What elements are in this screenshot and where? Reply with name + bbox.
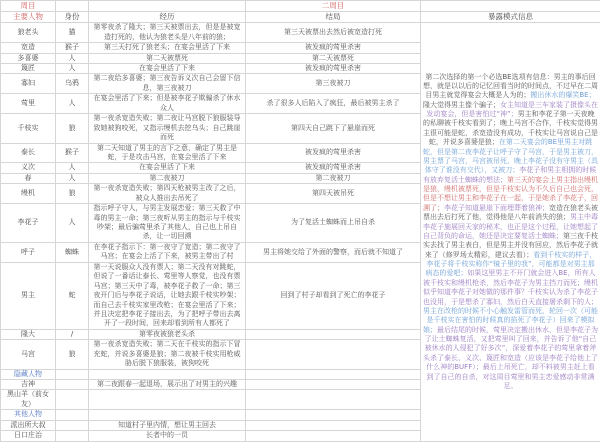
outcome-cell[interactable]: 被发疯的莺里杀害	[246, 64, 421, 74]
outcome-cell[interactable]: 第二夜被刀	[246, 173, 421, 183]
experience-cell[interactable]: 第三天打死了狼老头；在宴会里活了下来	[89, 43, 246, 53]
character-name-cell[interactable]: 泰长	[1, 143, 56, 163]
outcome-cell[interactable]: 第四天被吊死	[246, 184, 421, 204]
section-label-cell[interactable]: 其他人物	[1, 410, 56, 420]
playthrough-table: 周目 二周目 主要人物 身份 经历 结局 暴露模式信息 狼老头猫第零夜杀了隆大；…	[0, 0, 600, 442]
outcome-cell[interactable]: 回到了村子却看到了死亡的李花子	[246, 262, 421, 329]
identity-cell[interactable]	[56, 369, 89, 379]
col-header-experience[interactable]: 经历	[89, 12, 246, 23]
outcome-cell[interactable]: 被发疯的莺里杀害	[246, 163, 421, 173]
identity-cell[interactable]: 狼	[56, 184, 89, 204]
experience-cell[interactable]: 第零夜杀了隆大；第三天被票出去，但是是被宽造打死的，他认为狼老头是八年前的狼；	[89, 23, 246, 43]
character-name-cell[interactable]: 篾匠	[1, 64, 56, 74]
identity-cell[interactable]: 猫	[56, 23, 89, 43]
section-label-cell[interactable]: 隐藏人物	[1, 369, 56, 379]
character-name-cell[interactable]: 李花子	[1, 204, 56, 243]
identity-cell[interactable]	[56, 420, 89, 430]
character-name-cell[interactable]: 黑山羊（前女友）	[1, 390, 56, 410]
col-header-identity[interactable]: 身份	[56, 12, 89, 23]
character-name-cell[interactable]: 狼老头	[1, 23, 56, 43]
col-header-reveal[interactable]: 暴露模式信息	[421, 12, 600, 23]
character-name-cell[interactable]: 寡妇	[1, 74, 56, 94]
character-name-cell[interactable]: 千枝实	[1, 114, 56, 143]
outcome-cell[interactable]: 被发疯的莺里杀害	[246, 43, 421, 53]
character-name-cell[interactable]: 日口庄治	[1, 431, 56, 441]
experience-cell[interactable]: 在宴会里活了下来	[89, 163, 246, 173]
identity-cell[interactable]	[56, 390, 89, 410]
identity-cell[interactable]	[56, 431, 89, 441]
outcome-cell[interactable]	[246, 390, 421, 410]
header-row-rounds: 周目 二周目	[1, 1, 600, 12]
outcome-cell[interactable]: 男主将她交给了外面的警察，而后就不知道了	[246, 242, 421, 262]
identity-cell[interactable]: 猴子	[56, 143, 89, 163]
identity-cell[interactable]: 狼	[56, 340, 89, 369]
reveal-text-segment: 李花子知道悬崖下面埋葬着狼神；	[444, 204, 549, 212]
identity-cell[interactable]: 蛇	[56, 262, 89, 329]
outcome-cell[interactable]	[246, 369, 421, 379]
experience-cell[interactable]: 第一夜杀宽造失败；第四天枪被男主改了之后，被众人推出去吊死了	[89, 184, 246, 204]
identity-cell[interactable]: 人	[56, 173, 89, 183]
identity-cell[interactable]: 狼	[56, 114, 89, 143]
outcome-cell[interactable]	[246, 340, 421, 369]
identity-cell[interactable]: 人	[56, 64, 89, 74]
col-header-outcome[interactable]: 结局	[246, 12, 421, 23]
experience-cell[interactable]: 第二天被票死	[89, 53, 246, 63]
outcome-cell[interactable]: 杀了很多人后陷入了疯狂，最后被男主杀了	[246, 94, 421, 114]
empty-header-cell[interactable]	[56, 1, 89, 12]
character-name-cell[interactable]: 多喜婆	[1, 53, 56, 63]
outcome-cell[interactable]	[246, 380, 421, 390]
experience-cell[interactable]: 第一夜杀宽造失败；第二夜让马宫脱下狼服装导致她被狗咬死，又指示缦机去挖乌头；自己…	[89, 114, 246, 143]
experience-cell[interactable]: 在宴会里活了下来；但是被李花子欺骗杀了休水众人	[89, 94, 246, 114]
empty-header-cell[interactable]	[89, 1, 246, 12]
identity-cell[interactable]	[56, 410, 89, 420]
outcome-cell[interactable]: 第四天自己跳下了悬崖而死	[246, 114, 421, 143]
header-row-columns: 主要人物 身份 经历 结局 暴露模式信息	[1, 12, 600, 23]
outcome-cell[interactable]: 被发疯的莺里杀害	[246, 143, 421, 163]
identity-cell[interactable]	[56, 380, 89, 390]
identity-cell[interactable]: 猴子	[56, 43, 89, 53]
experience-cell[interactable]: 指示呼子守人，与男主发展恋爱；第三天救了中毒的男主一命；第三夜听从男主的指示与千…	[89, 204, 246, 243]
outcome-cell[interactable]	[246, 420, 421, 430]
experience-cell[interactable]	[89, 369, 246, 379]
outcome-cell[interactable]	[246, 431, 421, 441]
reveal-text-segment: 最后结尾的时候，莺里决定搬出休水，但是李花子为了让土蜘蛛复活，又把莺里叫了回来，…	[423, 326, 598, 390]
experience-cell[interactable]: 第二天知道了男主的言下之意，确定了男主是蛇，于是攻击马宫，在宴会里活了下来	[89, 143, 246, 163]
character-name-cell[interactable]: 义次	[1, 163, 56, 173]
reveal-text-segment: 隆大觉得男主像个骗子；	[423, 101, 500, 109]
identity-cell[interactable]: 人	[56, 94, 89, 114]
experience-cell[interactable]	[89, 390, 246, 410]
round-left-header[interactable]: 周目	[1, 1, 56, 12]
experience-cell[interactable]: 第零夜被狼老头杀	[89, 329, 246, 339]
reveal-text-segment: 搬出休水的爆笑BE；	[530, 91, 595, 99]
experience-cell[interactable]: 知道村子里内情，想让男主回去	[89, 420, 246, 430]
outcome-cell[interactable]	[246, 329, 421, 339]
experience-cell[interactable]: 第一夜杀宽造失败；第二天在千枝实的指示下冒充蛇，并说多喜婆是狼；第二夜被千枝实用…	[89, 340, 246, 369]
experience-cell[interactable]	[89, 410, 246, 420]
character-name-cell[interactable]: 马宫	[1, 340, 56, 369]
empty-header-cell[interactable]	[421, 1, 600, 12]
experience-cell[interactable]: 长者中的一员	[89, 431, 246, 441]
outcome-cell[interactable]: 第二天被票死	[246, 53, 421, 63]
character-name-cell[interactable]: 宽造	[1, 43, 56, 53]
character-name-cell[interactable]: 男主	[1, 262, 56, 329]
identity-cell[interactable]: 人	[56, 53, 89, 63]
experience-cell[interactable]: 在李花子指示下：第一夜守了宽造；第二夜守了马宫；在宴会上活了下来，被男主带出了村	[89, 242, 246, 262]
character-name-cell[interactable]: 呼子	[1, 242, 56, 262]
experience-cell[interactable]: 第二夜跟春一起退场，展示出了对男主的兴趣	[89, 380, 246, 390]
identity-cell[interactable]: 人	[56, 163, 89, 173]
character-name-cell[interactable]: 缦机	[1, 184, 56, 204]
table-row: 狼老头猫第零夜杀了隆大；第三天被票出去，但是是被宽造打死的，他认为狼老头是八年前…	[1, 23, 600, 43]
character-name-cell[interactable]: 春	[1, 173, 56, 183]
experience-cell[interactable]: 第一天说服众人没有票人；第二天没有对跳蛇，但说了一番话让泰长、莺里等人察觉，也没…	[89, 262, 246, 329]
character-name-cell[interactable]: 吉神	[1, 380, 56, 390]
character-name-cell[interactable]: 隆大	[1, 329, 56, 339]
round-right-header[interactable]: 二周目	[246, 1, 421, 12]
outcome-cell[interactable]: 为了复活土蜘蛛而上吊自杀	[246, 204, 421, 243]
outcome-cell[interactable]: 第三天被票出去然后被宽造打死	[246, 23, 421, 43]
col-header-people[interactable]: 主要人物	[1, 12, 56, 23]
identity-cell[interactable]: /	[56, 329, 89, 339]
experience-cell[interactable]: 在宴会里活了下来	[89, 64, 246, 74]
character-name-cell[interactable]: 莺里	[1, 94, 56, 114]
identity-cell[interactable]: 人	[56, 204, 89, 243]
spreadsheet-screenshot: 周目 二周目 主要人物 身份 经历 结局 暴露模式信息 狼老头猫第零夜杀了隆大；…	[0, 0, 600, 444]
outcome-cell[interactable]	[246, 410, 421, 420]
identity-cell[interactable]: 乌鸦	[56, 74, 89, 94]
reveal-mode-info-cell[interactable]: 第二次选择的第一个必选BE选项有信息：男主的事后回想，就是以以后的记忆回看当时的…	[421, 23, 600, 441]
experience-cell[interactable]: 第二夜给多喜婆；第三夜告诉义次自己会留下信息，第三夜被刀	[89, 74, 246, 94]
identity-cell[interactable]: 蜘蛛	[56, 242, 89, 262]
character-name-cell[interactable]: 派出所大叔	[1, 420, 56, 430]
experience-cell[interactable]: 第二夜被刀	[89, 173, 246, 183]
outcome-cell[interactable]: 第三夜被刀	[246, 74, 421, 94]
